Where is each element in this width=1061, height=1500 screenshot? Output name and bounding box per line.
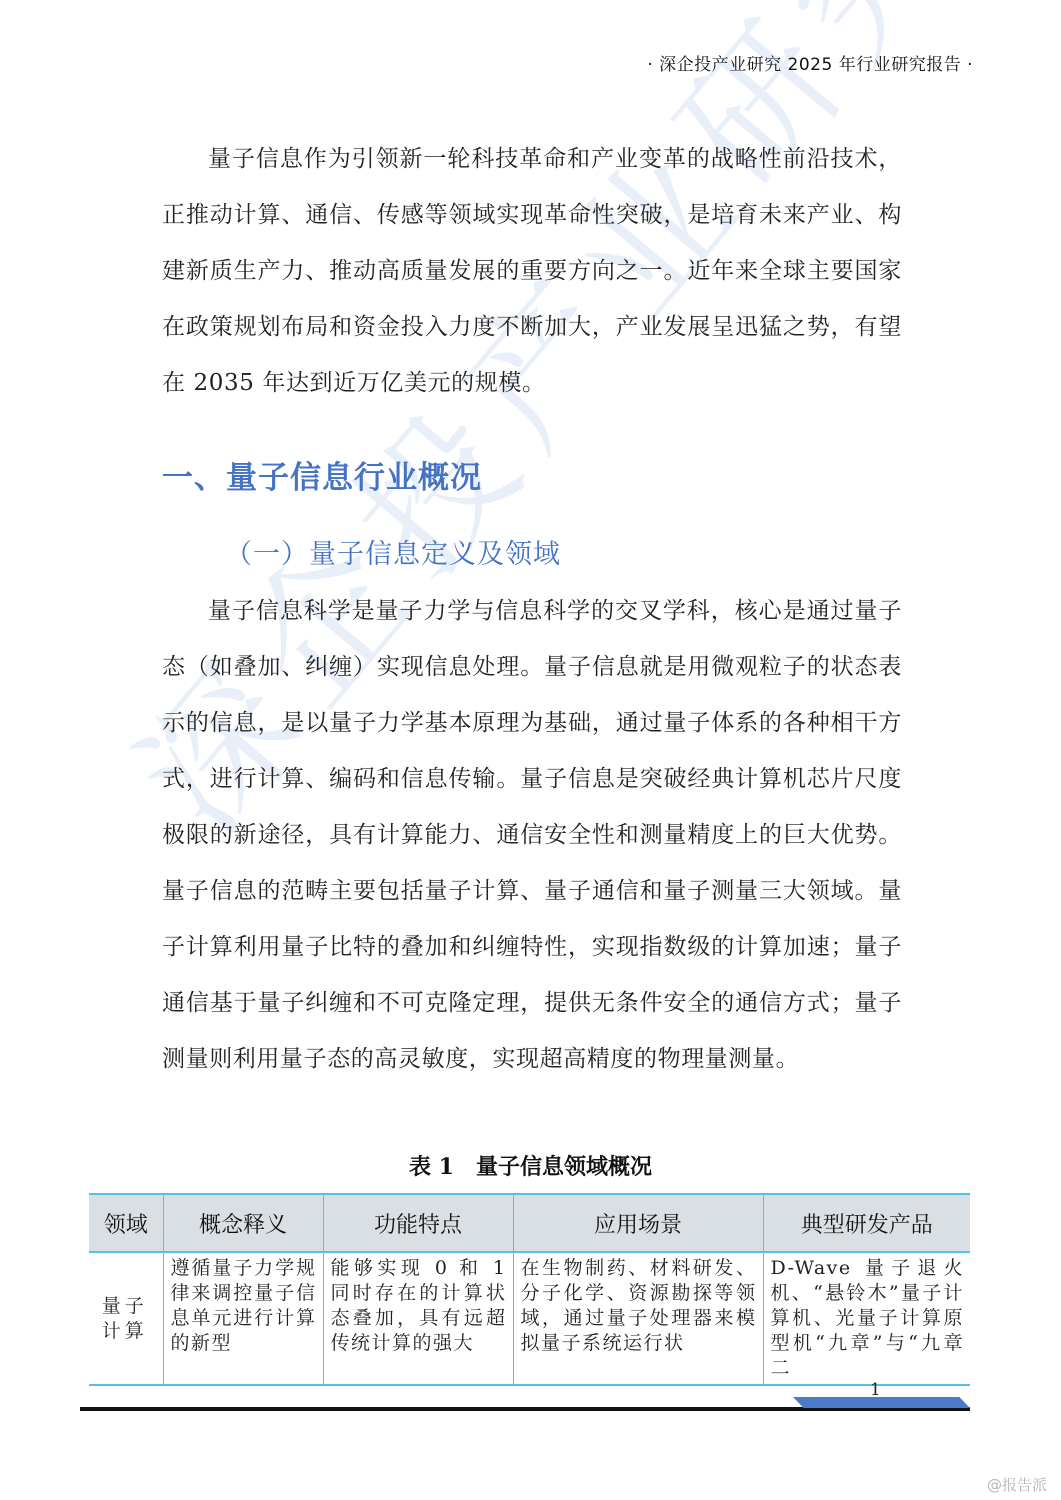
table-caption-number: 表 1	[409, 1154, 454, 1180]
subsection-heading: （一）量子信息定义及领域	[225, 532, 561, 571]
table-header-row: 领域 概念释义 功能特点 应用场景 典型研发产品	[89, 1194, 970, 1252]
cell-products: D-Wave 量子退火机、“悬铃木”量子计算机、光量子计算原型机“九章”与“九章…	[763, 1252, 970, 1385]
cell-applications: 在生物制药、材料研发、分子化学、资源勘探等领域，通过量子处理器来模拟量子系统运行…	[513, 1252, 763, 1385]
source-watermark: @报告派	[987, 1474, 1047, 1495]
cell-domain: 量子计算	[89, 1252, 163, 1385]
header-concept: 概念释义	[163, 1194, 323, 1252]
table-caption-title: 量子信息领域概况	[476, 1154, 652, 1180]
intro-paragraph: 量子信息作为引领新一轮科技革命和产业变革的战略性前沿技术，正推动计算、通信、传感…	[162, 131, 902, 411]
header-features: 功能特点	[323, 1194, 513, 1252]
header-domain: 领域	[89, 1194, 163, 1252]
footer-accent-band	[793, 1397, 970, 1408]
definition-paragraph: 量子信息科学是量子力学与信息科学的交叉学科，核心是通过量子态（如叠加、纠缠）实现…	[162, 583, 902, 1087]
table-row: 量子计算 遵循量子力学规律来调控量子信息单元进行计算的新型 能够实现 0 和 1…	[89, 1252, 970, 1385]
section-heading: 一、量子信息行业概况	[162, 452, 482, 497]
header-applications: 应用场景	[513, 1194, 763, 1252]
header-products: 典型研发产品	[763, 1194, 970, 1252]
cell-concept: 遵循量子力学规律来调控量子信息单元进行计算的新型	[163, 1252, 323, 1385]
table-caption: 表 1量子信息领域概况	[0, 1150, 1061, 1181]
quantum-domains-table: 领域 概念释义 功能特点 应用场景 典型研发产品 量子计算 遵循量子力学规律来调…	[89, 1193, 970, 1386]
cell-features: 能够实现 0 和 1 同时存在的计算状态叠加，具有远超传统计算的强大	[323, 1252, 513, 1385]
running-header: · 深企投产业研究 2025 年行业研究报告 ·	[647, 50, 973, 75]
